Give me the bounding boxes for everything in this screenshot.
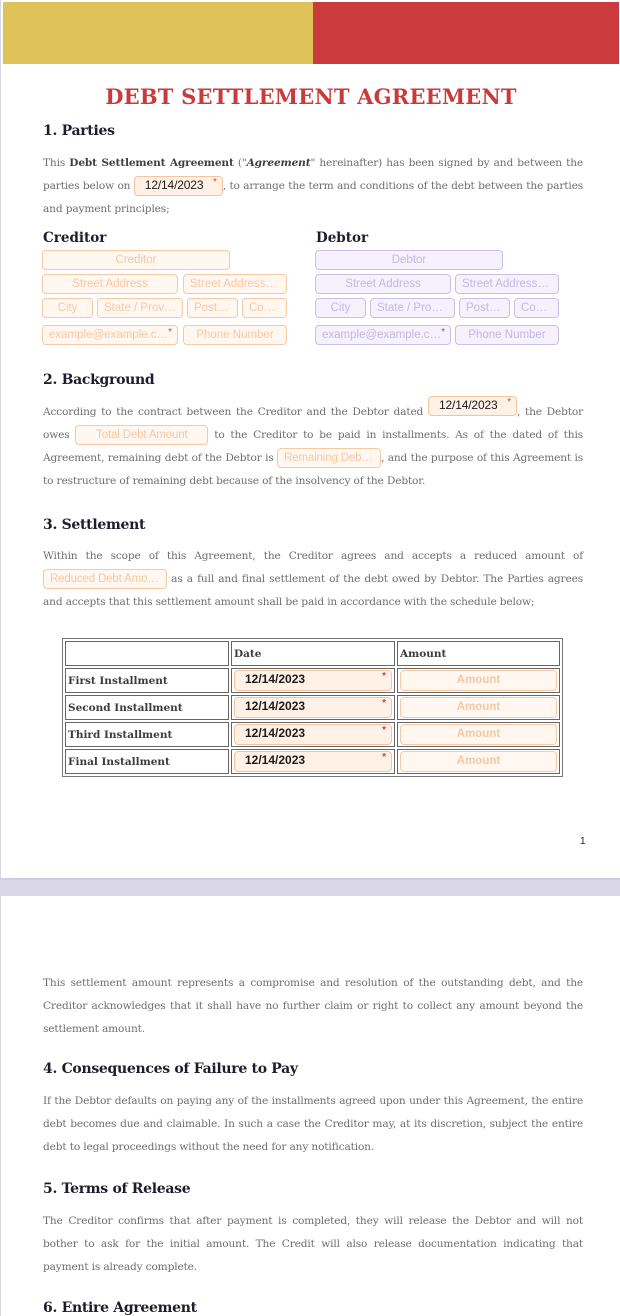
required-marker: * [382, 724, 386, 739]
document-title: DEBT SETTLEMENT AGREEMENT [1, 84, 620, 109]
section-heading-background: 2. Background [43, 372, 154, 388]
installment-date-field[interactable]: 12/14/2023* [234, 751, 392, 772]
parties-paragraph: This Debt Settlement Agreement ("Agreeme… [43, 152, 583, 221]
section-heading-release: 5. Terms of Release [43, 1181, 190, 1197]
required-marker: * [507, 396, 511, 411]
page-number: 1 [580, 836, 586, 847]
required-marker: * [382, 670, 386, 685]
installment-schedule-table: Date Amount First Installment 12/14/2023… [62, 638, 563, 777]
table-header-cell [65, 641, 229, 666]
table-row: Third Installment 12/14/2023* Amount [65, 722, 560, 747]
banner-red-block [313, 2, 619, 64]
contract-date-field[interactable]: 12/14/2023* [428, 396, 517, 416]
installment-date-field[interactable]: 12/14/2023* [234, 670, 392, 691]
table-header-row: Date Amount [65, 641, 560, 666]
page-separator [0, 878, 620, 896]
debtor-heading: Debtor [316, 230, 368, 246]
debtor-phone-field[interactable]: Phone Number [455, 325, 559, 345]
required-marker: * [213, 176, 217, 191]
creditor-state-field[interactable]: State / Province [97, 298, 183, 318]
creditor-postal-field[interactable]: Postal / Zip Code [187, 298, 238, 318]
section-heading-parties: 1. Parties [43, 123, 115, 139]
installment-label: Second Installment [65, 695, 229, 720]
creditor-country-field[interactable]: Country [242, 298, 287, 318]
header-banner [3, 2, 619, 64]
installment-amount-field[interactable]: Amount [400, 697, 557, 718]
required-marker: * [441, 325, 445, 342]
debtor-country-field[interactable]: Country [514, 298, 559, 318]
total-debt-amount-field[interactable]: Total Debt Amount [75, 425, 208, 445]
reduced-debt-amount-field[interactable]: Reduced Debt Amount [43, 569, 167, 589]
section-heading-entire-agreement: 6. Entire Agreement [43, 1300, 197, 1316]
required-marker: * [382, 697, 386, 712]
creditor-heading: Creditor [43, 230, 106, 246]
debtor-street-address-field[interactable]: Street Address [315, 274, 451, 294]
creditor-email-field[interactable]: example@example.com* [42, 325, 178, 345]
required-marker: * [168, 325, 172, 342]
table-row: Second Installment 12/14/2023* Amount [65, 695, 560, 720]
agreement-date-field[interactable]: 12/14/2023* [134, 176, 223, 196]
consequences-paragraph: If the Debtor defaults on paying any of … [43, 1090, 583, 1159]
installment-label: First Installment [65, 668, 229, 693]
installment-date-field[interactable]: 12/14/2023* [234, 697, 392, 718]
installment-label: Final Installment [65, 749, 229, 774]
section-heading-settlement: 3. Settlement [43, 517, 145, 533]
creditor-city-field[interactable]: City [42, 298, 93, 318]
installment-amount-field[interactable]: Amount [400, 751, 557, 772]
debtor-city-field[interactable]: City [315, 298, 366, 318]
required-marker: * [382, 751, 386, 766]
page-1: DEBT SETTLEMENT AGREEMENT 1. Parties Thi… [0, 0, 620, 878]
creditor-name-field[interactable]: Creditor [42, 250, 230, 270]
settlement-paragraph: Within the scope of this Agreement, the … [43, 545, 583, 614]
installment-date-field[interactable]: 12/14/2023* [234, 724, 392, 745]
installment-label: Third Installment [65, 722, 229, 747]
debtor-street-address-2-field[interactable]: Street Address Line 2 [455, 274, 559, 294]
remaining-debt-amount-field[interactable]: Remaining Debt Amount [277, 448, 381, 468]
debtor-email-field[interactable]: example@example.com* [315, 325, 451, 345]
table-row: First Installment 12/14/2023* Amount [65, 668, 560, 693]
installment-amount-field[interactable]: Amount [400, 670, 557, 691]
release-paragraph: The Creditor confirms that after payment… [43, 1210, 583, 1279]
creditor-street-address-2-field[interactable]: Street Address Line 2 [183, 274, 287, 294]
table-header-date: Date [231, 641, 395, 666]
page-2: This settlement amount represents a comp… [0, 896, 620, 1316]
installment-amount-field[interactable]: Amount [400, 724, 557, 745]
creditor-street-address-field[interactable]: Street Address [42, 274, 178, 294]
debtor-postal-field[interactable]: Postal / Zip Code [459, 298, 510, 318]
creditor-phone-field[interactable]: Phone Number [183, 325, 287, 345]
background-paragraph: According to the contract between the Cr… [43, 401, 583, 493]
settlement-continuation-paragraph: This settlement amount represents a comp… [43, 972, 583, 1041]
debtor-state-field[interactable]: State / Province [370, 298, 455, 318]
banner-yellow-block [3, 2, 313, 64]
section-heading-consequences: 4. Consequences of Failure to Pay [43, 1061, 298, 1077]
table-header-amount: Amount [397, 641, 560, 666]
debtor-name-field[interactable]: Debtor [315, 250, 503, 270]
table-row: Final Installment 12/14/2023* Amount [65, 749, 560, 774]
